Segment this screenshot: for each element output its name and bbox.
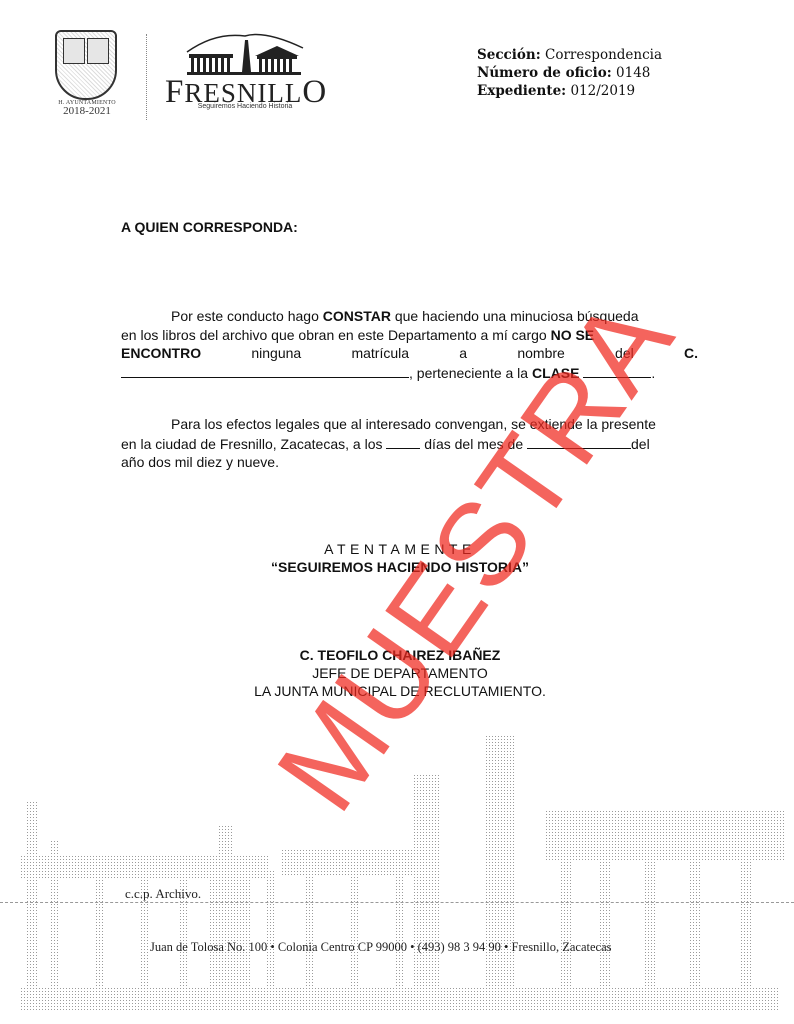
signer-name: C. TEOFILO CHAIREZ IBAÑEZ — [200, 647, 600, 663]
crest-caption-years: 2018-2021 — [40, 106, 134, 117]
meta-file-number: Expediente: 012/2019 — [477, 82, 662, 100]
carbon-copy-note: c.c.p. Archivo. — [125, 886, 201, 902]
document-metadata: Sección: Correspondencia Número de ofici… — [477, 46, 662, 100]
paragraph-legal-effects: Para los efectos legales que al interesa… — [121, 415, 698, 472]
meta-office-number: Número de oficio: 0148 — [477, 64, 662, 82]
meta-section: Sección: Correspondencia — [477, 46, 662, 64]
skyline-logo-icon — [185, 30, 305, 76]
signer-department: LA JUNTA MUNICIPAL DE RECLUTAMIENTO. — [200, 683, 600, 699]
name-blank-field[interactable] — [121, 363, 409, 378]
footer-dotted-line — [0, 902, 794, 903]
month-blank-field[interactable] — [527, 434, 631, 449]
closing-motto: “SEGUIREMOS HACIENDO HISTORIA” — [200, 559, 600, 575]
day-blank-field[interactable] — [386, 434, 420, 449]
signer-position: JEFE DE DEPARTAMENTO — [200, 665, 600, 681]
city-skyline-background — [0, 730, 794, 1024]
footer-address: Juan de Tolosa No. 100 • Colonia Centro … — [150, 940, 612, 955]
fresnillo-logo: FRESNILLO Seguiremos Haciendo Historia — [165, 30, 325, 116]
salutation: A QUIEN CORRESPONDA: — [121, 219, 298, 235]
paragraph-certification: Por este conducto hago CONSTAR que hacie… — [121, 307, 698, 382]
city-slogan: Seguiremos Haciendo Historia — [165, 103, 325, 110]
header-divider — [146, 34, 147, 120]
class-blank-field[interactable] — [583, 363, 651, 378]
municipal-crest-logo — [55, 30, 117, 100]
crest-caption: H. AYUNTAMIENTO 2018-2021 — [40, 100, 134, 117]
closing-regards: ATENTAMENTE — [200, 541, 600, 557]
